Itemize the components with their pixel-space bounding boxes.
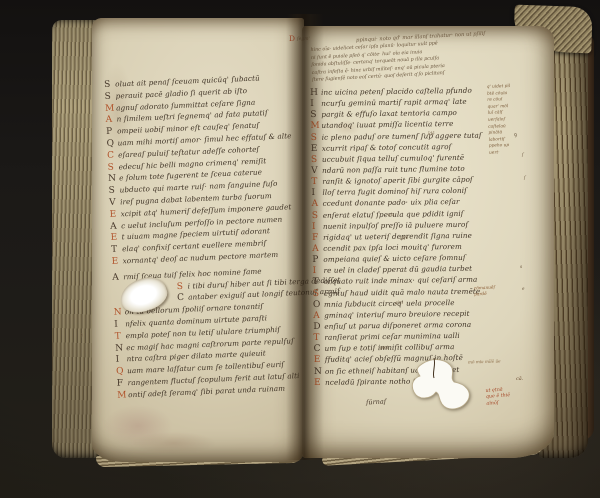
- line-text: mnia ſubducit circeq' uela procelle: [324, 298, 455, 309]
- line-initial: N: [108, 174, 118, 184]
- line-initial: C: [314, 344, 324, 354]
- line-initial: N: [314, 366, 324, 376]
- line-initial: S: [108, 186, 118, 196]
- margin-note-red: ut ętnāque ē thiēaīnōſ: [485, 387, 511, 408]
- line-text: utandoq' iuuat pmiſſa licentia terre: [321, 119, 453, 130]
- line-initial: M: [310, 121, 320, 131]
- line-initial: S: [104, 91, 114, 101]
- line-initial: E: [314, 377, 324, 387]
- line-text: rigidaq' ut ueteriſ deprendit ſigna ruin…: [323, 231, 472, 242]
- line-initial: Q: [116, 366, 126, 376]
- margin-note-mid: cōmanuēſpardē: [474, 285, 496, 297]
- line-text: um ſup e totiſ inmiſit collibuſ arma: [325, 342, 455, 353]
- line-initial: T: [313, 333, 323, 343]
- line-initial: S: [311, 155, 321, 165]
- line-initial: E: [111, 256, 121, 266]
- line-text: ic pleno paduſ ore tumenſ ſup aggere tut…: [322, 130, 482, 141]
- line-initial: C: [177, 293, 187, 303]
- line-text: ranſit & ignotoſ aperit ſibi gurgite cāp…: [322, 175, 473, 186]
- line-initial: A: [312, 199, 322, 209]
- line-initial: S: [313, 288, 323, 298]
- line-initial: E: [314, 355, 324, 365]
- line-text: ndarū non paſſa ruit tunc flumine toto: [322, 164, 465, 175]
- line-initial: S: [312, 210, 322, 220]
- line-text: orquato ruit inde minax· qui ceſariſ arm…: [324, 275, 478, 286]
- line-initial: T: [115, 331, 125, 341]
- line-initial: F: [117, 378, 127, 388]
- line-text: enſerat elatuſ ſpecula que pdidit igniſ: [323, 208, 464, 219]
- line-initial: A: [110, 221, 120, 231]
- line-initial: T: [311, 177, 321, 187]
- line-text: ccedunt donante pado· uix plia ceſar: [323, 197, 460, 208]
- line-initial: S: [104, 80, 114, 90]
- line-initial: S: [311, 132, 321, 142]
- line-initial: V: [109, 197, 119, 207]
- line-initial: O: [313, 300, 323, 310]
- line-text: gminaq' interiuſ muro breuiore recepit: [324, 309, 470, 320]
- left-margin-mark: ꝯ: [80, 332, 83, 338]
- left-verse-column: S oluat ait penaſ ſceuam quicūq' ſubactū…: [104, 72, 319, 403]
- line-initial: I: [312, 222, 322, 232]
- line-initial: P: [106, 127, 116, 137]
- margin-note-top: q' uidet pīlbtē cōuīare cōuīquar' mōlluī…: [487, 83, 534, 157]
- line-initial: P: [312, 255, 322, 265]
- line-initial: S: [177, 281, 187, 291]
- ca-abbreviation-mark: cā.: [516, 376, 523, 382]
- line-initial: A: [112, 272, 122, 282]
- line-initial: A: [312, 244, 322, 254]
- margin-note-line: pardē: [474, 291, 496, 298]
- line-initial: V: [311, 166, 321, 176]
- line-initial: I: [310, 99, 320, 109]
- line-text: xcurrit ripaſ & totoſ concutit agroſ: [322, 142, 452, 153]
- line-initial: I: [311, 188, 321, 198]
- line-initial: T: [313, 277, 323, 287]
- line-initial: D: [313, 322, 323, 332]
- line-initial: I: [114, 319, 124, 329]
- line-initial: H: [310, 88, 320, 98]
- line-text: ccendit pax ipſa loci mouitq' furorem: [323, 242, 462, 253]
- line-initial: Q: [106, 139, 116, 149]
- line-initial: M: [117, 390, 127, 400]
- line-text: lloſ terra fugit dominoſ hiſ rura coloni…: [322, 186, 466, 197]
- line-initial: I: [116, 355, 126, 365]
- line-initial: E: [110, 233, 120, 243]
- line-text: ncurſu geminū martiſ rapit armaq' late: [321, 97, 467, 108]
- line-text: ranſierat primi ceſar munimina ualli: [324, 331, 459, 342]
- line-initial: N: [114, 308, 124, 318]
- line-initial: I: [312, 266, 322, 276]
- parchment-hole-right: [404, 356, 476, 420]
- line-text: inc uicina petenſ placido caſtella pfund…: [321, 86, 472, 97]
- line-text: egniuſ haud uidit quā malo nauta tremēte: [324, 286, 481, 297]
- line-initial: F: [312, 233, 322, 243]
- line-initial: S: [107, 162, 117, 172]
- line-initial: A: [105, 115, 115, 125]
- rubric-initial: D: [289, 34, 295, 43]
- catchword: ſúrnaſ: [366, 397, 387, 406]
- line-initial: S: [310, 110, 320, 120]
- photo-of-open-manuscript: { "colors": { "backdrop": "#1b1917", "pa…: [0, 0, 600, 498]
- fore-edge-mark: ꝯ: [514, 132, 517, 138]
- line-text: pargit & effuſo laxat tentoria campo: [321, 108, 457, 119]
- hole-shape: [412, 360, 469, 409]
- line-initial: A: [313, 311, 323, 321]
- line-initial: N: [115, 343, 125, 353]
- line-initial: M: [105, 103, 115, 113]
- line-text: nuenit inpulſoſ preſſo iā puluere muroſ: [323, 219, 468, 230]
- line-text: enſiuſ ut parua diſponeret arma corona: [324, 320, 471, 331]
- line-text: uccubuit ſiqua telluſ cumuloq' furentē: [322, 153, 464, 164]
- line-text: ompeiana quieſ & uicto ceſare ſomnuſ: [323, 253, 465, 264]
- line-initial: E: [109, 209, 119, 219]
- line-initial: C: [107, 150, 117, 160]
- line-text: re uel in cladeſ pperat dū gaudia turbet: [323, 264, 472, 275]
- line-initial: T: [111, 245, 121, 255]
- line-initial: E: [311, 144, 321, 154]
- rubric-note: ſegm': [297, 37, 310, 42]
